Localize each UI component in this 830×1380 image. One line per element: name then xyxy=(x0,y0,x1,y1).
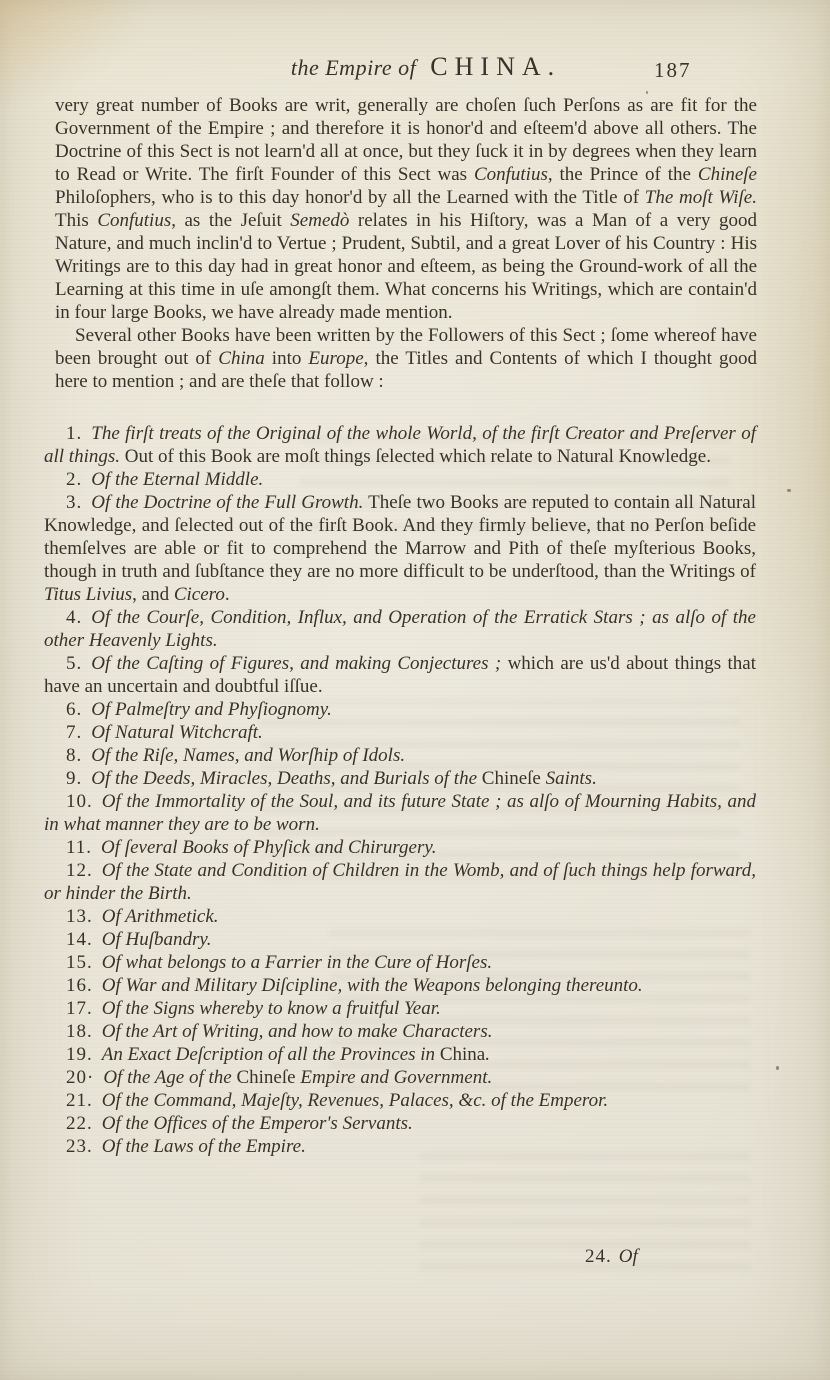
catchword-word: Of xyxy=(619,1246,638,1267)
list-item-number: 20· xyxy=(66,1067,103,1088)
list-item: 20·Of the Age of the Chineſe Empire and … xyxy=(44,1066,756,1089)
italic-text: Of the Doctrine of the Full Growth. xyxy=(91,492,363,513)
italic-text: Of the Offices of the Emperor's Servants… xyxy=(102,1113,413,1134)
italic-text: Of the Laws of the Empire. xyxy=(102,1136,306,1157)
italic-text: Of Huſbandry. xyxy=(102,929,212,950)
running-head-title: CHINA. xyxy=(430,52,561,81)
list-item: 1.The firſt treats of the Original of th… xyxy=(44,422,756,468)
italic-text: Of Arithmetick. xyxy=(102,906,219,927)
ink-speck xyxy=(776,1066,779,1070)
italic-text: Of what belongs to a Farrier in the Cure… xyxy=(102,952,492,973)
roman-text: Chineſe xyxy=(482,768,541,789)
roman-text: , the Prince of the xyxy=(548,164,698,185)
list-item: 23.Of the Laws of the Empire. xyxy=(44,1135,756,1158)
list-item-number: 21. xyxy=(66,1090,102,1111)
italic-text: Of Palmeſtry and Phyſiognomy. xyxy=(91,699,332,720)
italic-text: Cicero xyxy=(174,584,225,605)
list-item-number: 12. xyxy=(66,860,102,881)
book-titles-list: 1.The firſt treats of the Original of th… xyxy=(44,422,756,1158)
italic-text: Of the Art of Writing, and how to make C… xyxy=(102,1021,493,1042)
italic-text: Chineſe xyxy=(698,164,757,185)
roman-text: Out of this Book are moſt things ſelecte… xyxy=(120,446,711,467)
italic-text: Of the Immortality of the Soul, and its … xyxy=(44,791,756,835)
list-item: 11.Of ſeveral Books of Phyſick and Chiru… xyxy=(44,836,756,859)
list-item: 14.Of Huſbandry. xyxy=(44,928,756,951)
italic-text: Titus Livius xyxy=(44,584,132,605)
list-item-number: 5. xyxy=(66,653,91,674)
italic-text: Of the Command, Majeſty, Revenues, Palac… xyxy=(102,1090,608,1111)
italic-text: Of the Eternal Middle. xyxy=(91,469,263,490)
italic-text: Of the Courſe, Condition, Influx, and Op… xyxy=(44,607,756,651)
italic-text: Of ſeveral Books of Phyſick and Chirurge… xyxy=(101,837,436,858)
italic-text: Of the Signs whereby to know a fruitful … xyxy=(102,998,441,1019)
roman-text: into xyxy=(265,348,309,369)
roman-text: . xyxy=(225,584,230,605)
italic-text: Confutius xyxy=(97,210,171,231)
list-item: 16.Of War and Military Diſcipline, with … xyxy=(44,974,756,997)
list-item-number: 8. xyxy=(66,745,91,766)
roman-text: , as the Jeſuit xyxy=(171,210,290,231)
list-item-number: 18. xyxy=(66,1021,102,1042)
book-page-scan: the Empire ofCHINA. 187 very great numbe… xyxy=(0,0,830,1380)
ink-speck xyxy=(787,489,791,492)
italic-text: Of the Deeds, Miracles, Deaths, and Buri… xyxy=(91,768,482,789)
italic-text: The moſt Wiſe. xyxy=(645,187,757,208)
list-item-number: 1. xyxy=(66,423,91,444)
page-number: 187 xyxy=(654,58,692,83)
list-item: 2.Of the Eternal Middle. xyxy=(44,468,756,491)
list-item: 12.Of the State and Condition of Childre… xyxy=(44,859,756,905)
italic-text: Of War and Military Diſcipline, with the… xyxy=(102,975,643,996)
list-item-number: 9. xyxy=(66,768,91,789)
running-head-italic: the Empire of xyxy=(291,55,416,80)
list-item: 9.Of the Deeds, Miracles, Deaths, and Bu… xyxy=(44,767,756,790)
list-item: 21.Of the Command, Majeſty, Revenues, Pa… xyxy=(44,1089,756,1112)
body-paragraphs: very great number of Books are writ, gen… xyxy=(55,94,757,393)
roman-text: This xyxy=(55,210,97,231)
italic-text: Of the State and Condition of Children i… xyxy=(44,860,756,904)
list-item-number: 15. xyxy=(66,952,102,973)
page-text-block: very great number of Books are writ, gen… xyxy=(55,94,757,1158)
italic-text: An Exact Deſcription of all the Province… xyxy=(102,1044,440,1065)
list-item: 8.Of the Riſe, Names, and Worſhip of Ido… xyxy=(44,744,756,767)
italic-text: Of the Caſting of Figures, and making Co… xyxy=(91,653,501,674)
italic-text: Of the Riſe, Names, and Worſhip of Idols… xyxy=(91,745,405,766)
list-item-number: 17. xyxy=(66,998,102,1019)
italic-text: . xyxy=(485,1044,490,1065)
list-item-number: 6. xyxy=(66,699,91,720)
list-item: 22.Of the Offices of the Emperor's Serva… xyxy=(44,1112,756,1135)
roman-text: Philoſophers, who is to this day honor'd… xyxy=(55,187,645,208)
list-item-number: 22. xyxy=(66,1113,102,1134)
list-item: 18.Of the Art of Writing, and how to mak… xyxy=(44,1020,756,1043)
list-item-number: 23. xyxy=(66,1136,102,1157)
roman-text: China xyxy=(440,1044,485,1065)
catchword-number: 24. xyxy=(585,1246,619,1267)
list-item-number: 14. xyxy=(66,929,102,950)
list-item-number: 11. xyxy=(66,837,101,858)
roman-text: , and xyxy=(132,584,174,605)
list-item-number: 10. xyxy=(66,791,102,812)
italic-text: Saints. xyxy=(541,768,597,789)
italic-text: Europe xyxy=(308,348,363,369)
italic-text: Semedò xyxy=(290,210,349,231)
roman-text: Chineſe xyxy=(236,1067,295,1088)
italic-text: Empire and Government. xyxy=(296,1067,493,1088)
list-item: 17.Of the Signs whereby to know a fruitf… xyxy=(44,997,756,1020)
list-item-number: 7. xyxy=(66,722,91,743)
list-item: 10.Of the Immortality of the Soul, and i… xyxy=(44,790,756,836)
list-item: 13.Of Arithmetick. xyxy=(44,905,756,928)
list-item-number: 13. xyxy=(66,906,102,927)
paragraph: very great number of Books are writ, gen… xyxy=(55,94,757,324)
italic-text: Confutius xyxy=(474,164,548,185)
list-item: 15.Of what belongs to a Farrier in the C… xyxy=(44,951,756,974)
list-item-number: 4. xyxy=(66,607,91,628)
list-item: 5.Of the Caſting of Figures, and making … xyxy=(44,652,756,698)
italic-text: China xyxy=(218,348,264,369)
list-item: 19.An Exact Deſcription of all the Provi… xyxy=(44,1043,756,1066)
list-item-number: 19. xyxy=(66,1044,102,1065)
list-item: 7.Of Natural Witchcraft. xyxy=(44,721,756,744)
italic-text: Of the Age of the xyxy=(103,1067,236,1088)
paragraph: Several other Books have been written by… xyxy=(55,324,757,393)
italic-text: Of Natural Witchcraft. xyxy=(91,722,263,743)
list-item: 3.Of the Doctrine of the Full Growth. Th… xyxy=(44,491,756,606)
list-item: 6.Of Palmeſtry and Phyſiognomy. xyxy=(44,698,756,721)
list-item-number: 2. xyxy=(66,469,91,490)
list-item: 4.Of the Courſe, Condition, Influx, and … xyxy=(44,606,756,652)
catchword: 24.Of xyxy=(585,1246,638,1268)
list-item-number: 16. xyxy=(66,975,102,996)
list-item-number: 3. xyxy=(66,492,91,513)
